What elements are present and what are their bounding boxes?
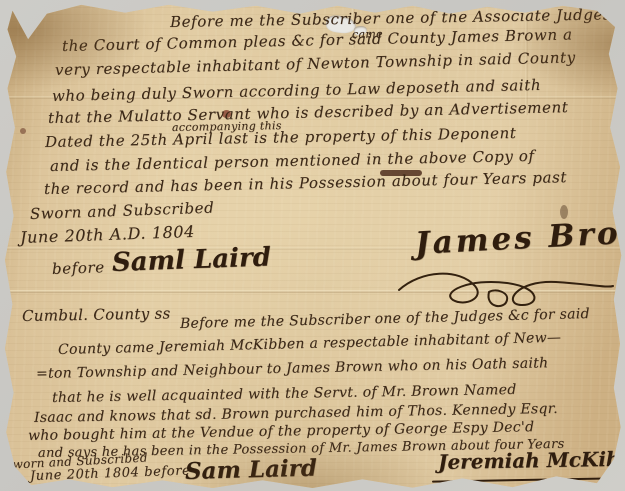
deposition1-line: Dated the 25th April last is the propert… (45, 124, 517, 151)
attestation1-before: before (52, 258, 105, 278)
paper-sheet: Before me the Subscriber one of the Asso… (0, 0, 625, 491)
scanned-document: Before me the Subscriber one of the Asso… (0, 0, 625, 491)
deposition2-line: County came Jeremiah McKibben a respecta… (58, 330, 562, 358)
ditto-mark: „ (512, 480, 518, 491)
signature-sam-laird-2: Sam Laird (185, 455, 318, 485)
ink-stain (560, 205, 568, 219)
ink-stain (20, 128, 26, 134)
attestation1-sworn: Sworn and Subscribed (30, 199, 215, 223)
deposition2-line: Before me the Subscriber one of the Judg… (180, 306, 590, 332)
signature-flourish (393, 262, 618, 310)
signature-sam-laird: Saml Laird (111, 242, 271, 278)
signature-james-brown: James Brown (414, 212, 625, 262)
attestation1-date: June 20th A.D. 1804 (20, 222, 196, 247)
signature-jeremiah-mckibbin: Jeremiah McKibbin (438, 446, 625, 474)
deposition2-line: =ton Township and Neighbour to James Bro… (36, 355, 549, 382)
signature-underline (432, 477, 614, 482)
county-heading: Cumbul. County ss (22, 304, 171, 325)
